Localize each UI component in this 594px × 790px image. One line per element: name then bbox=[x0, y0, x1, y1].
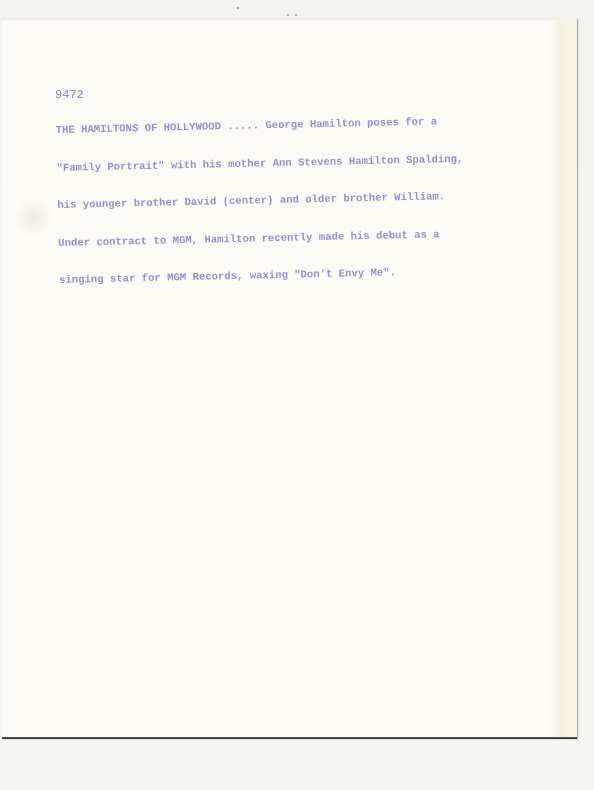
dust-speck bbox=[295, 14, 297, 16]
caption-line: Under contract to MGM, Hamilton recently… bbox=[58, 226, 558, 250]
caption-line: his younger brother David (center) and o… bbox=[57, 189, 557, 213]
caption-line: THE HAMILTONS OF HOLLYWOOD ..... George … bbox=[56, 114, 556, 138]
typewritten-caption: THE HAMILTONS OF HOLLYWOOD ..... George … bbox=[55, 89, 559, 300]
dust-speck bbox=[237, 7, 239, 9]
paper-top-edge bbox=[2, 18, 577, 21]
paper-stain bbox=[14, 198, 52, 238]
caption-line: singing star for MGM Records, waxing "Do… bbox=[59, 264, 559, 288]
dust-speck bbox=[287, 14, 289, 16]
caption-line: "Family Portrait" with his mother Ann St… bbox=[56, 151, 556, 175]
